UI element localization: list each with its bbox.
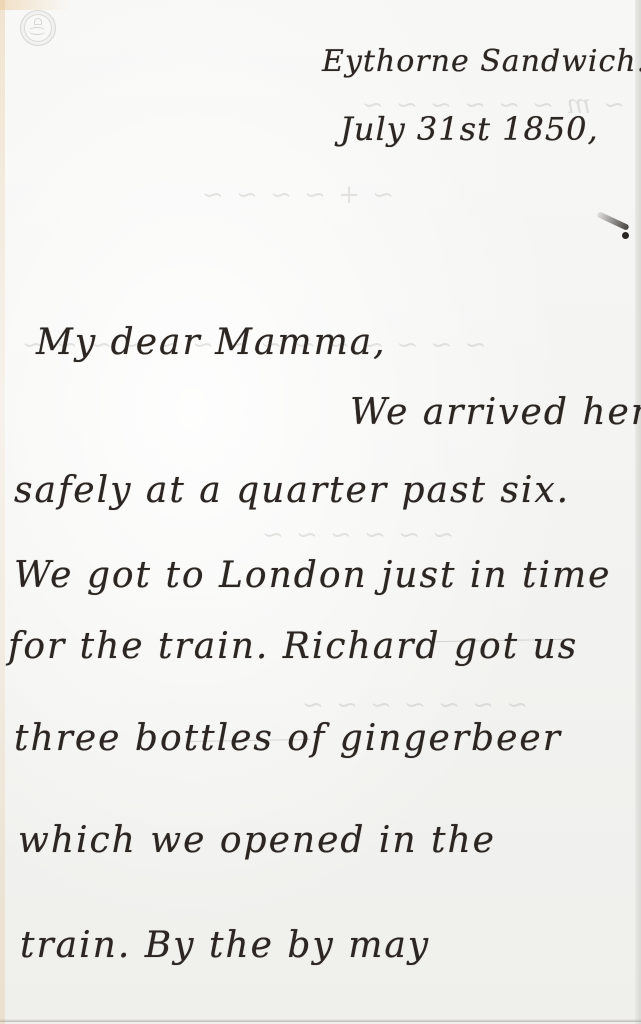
letter-body-line: We got to London just in time <box>14 555 611 596</box>
letter-body-line: safely at a quarter past six. <box>14 470 570 511</box>
letter-body-line: train. By the by may <box>20 925 430 966</box>
letter-body-line: for the train. Richard got us <box>8 626 578 667</box>
paper-edge-right <box>635 0 641 1024</box>
letter-date: July 31st 1850, <box>340 110 599 148</box>
letter-salutation: My dear Mamma, <box>36 322 387 363</box>
letter-body-line: We arrived here <box>350 392 641 433</box>
letter-place: Eythorne Sandwich. <box>322 44 641 79</box>
paper-foxing <box>0 0 5 1024</box>
embossed-seal-icon <box>20 10 56 46</box>
letter-page: ~ m ~ ~ ~ ~ ~ ~ ~ + ~ ~ ~ ~ ~ ~ ~ ~ ~ ~ … <box>0 0 641 1024</box>
paper-edge-bottom <box>0 1019 641 1022</box>
letter-body-line: which we opened in the <box>18 820 496 861</box>
bleed-through-text: ~ + ~ ~ ~ ~ <box>200 180 394 210</box>
bleed-through-text: ~ ~ ~ ~ ~ ~ <box>260 520 454 550</box>
ink-blot <box>596 211 629 231</box>
paper-stain <box>0 0 70 10</box>
bleed-through-text: ~ ~ ~ ~ ~ ~ ~ <box>300 690 528 720</box>
letter-body-line: three bottles of gingerbeer <box>14 718 562 759</box>
ink-dot <box>622 232 629 239</box>
